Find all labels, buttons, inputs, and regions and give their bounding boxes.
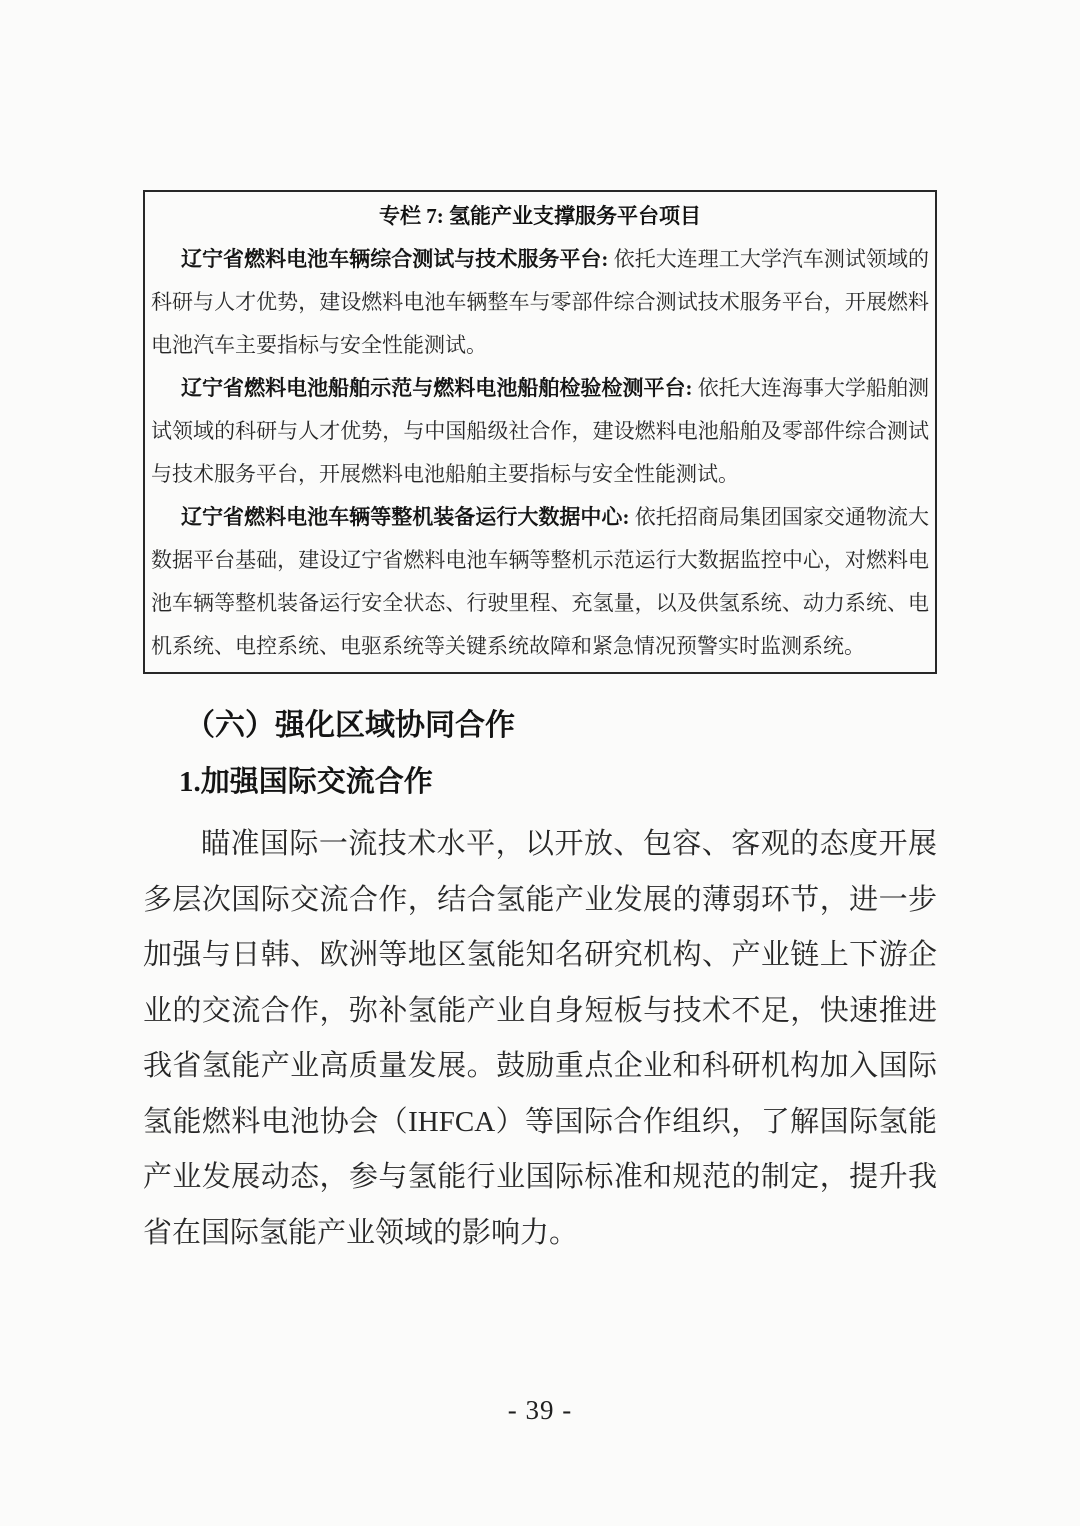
box-title: 专栏 7: 氢能产业支撑服务平台项目 (151, 194, 929, 238)
box-paragraph-ship-test-platform: 辽宁省燃料电池船舶示范与燃料电池船舶检验检测平台: 依托大连海事大学船舶测试领域… (151, 367, 929, 496)
body-paragraph-international-cooperation: 瞄准国际一流技术水平，以开放、包容、客观的态度开展多层次国际交流合作，结合氢能产… (143, 817, 937, 1261)
page-number: - 39 - (0, 1395, 1080, 1426)
box-paragraph-big-data-center: 辽宁省燃料电池车辆等整机装备运行大数据中心: 依托招商局集团国家交通物流大数据平… (151, 496, 929, 668)
highlight-box-column-7: 专栏 7: 氢能产业支撑服务平台项目 辽宁省燃料电池车辆综合测试与技术服务平台:… (143, 190, 937, 674)
paragraph-lead-label: 辽宁省燃料电池船舶示范与燃料电池船舶检验检测平台: (181, 376, 693, 400)
section-heading-regional-cooperation: （六）强化区域协同合作 (143, 698, 937, 754)
paragraph-lead-label: 辽宁省燃料电池车辆等整机装备运行大数据中心: (181, 505, 629, 529)
box-paragraph-vehicle-test-platform: 辽宁省燃料电池车辆综合测试与技术服务平台: 依托大连理工大学汽车测试领域的科研与… (151, 238, 929, 367)
paragraph-lead-label: 辽宁省燃料电池车辆综合测试与技术服务平台: (181, 247, 608, 271)
document-page-content: 专栏 7: 氢能产业支撑服务平台项目 辽宁省燃料电池车辆综合测试与技术服务平台:… (143, 0, 937, 1261)
subsection-heading-international-exchange: 1.加强国际交流合作 (143, 754, 937, 810)
